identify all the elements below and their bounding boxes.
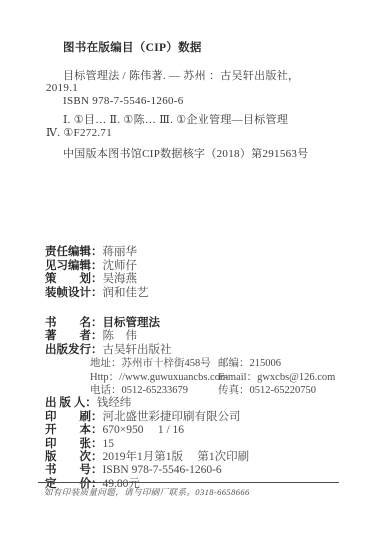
cip-paragraph-description: 目标管理法 / 陈伟著. — 苏州 ：古吴轩出版社， 2019.1 ISBN 9… [0,70,375,108]
pub-label: 著 者： [45,330,103,342]
credit-row-responsible-editor: 责任编辑：蒋丽华 [45,246,149,260]
pub-row-author: 著 者：陈 伟 [45,330,355,343]
pub-row-format: 开 本：670×950 1 / 16 [45,424,355,437]
pub-label: 书 号： [45,464,103,476]
pub-row-book-title: 书 名：目标管理法 [45,317,355,330]
pub-value-sheets: 15 [103,438,115,450]
credit-label: 见习编辑： [45,260,103,272]
credit-row-trainee-editor: 见习编辑：沈师仔 [45,260,149,274]
pub-address: 地址：苏州市十梓街458号 [90,357,218,370]
pub-row-publisher: 出版发行：古吴轩出版社 [45,344,355,357]
credit-value: 蒋丽华 [103,246,138,258]
pub-value-book-title: 目标管理法 [103,317,161,329]
pub-row-edition: 版 次：2019年1月第1版 第1次印刷 [45,451,355,464]
pub-value-format: 670×950 1 / 16 [103,424,185,436]
pub-label: 开 本： [45,424,103,436]
pub-value-publisher: 古吴轩出版社 [103,344,172,356]
cip-title: 图书在版编目（CIP）数据 [63,42,375,55]
pub-row-sheets: 印 张：15 [45,438,355,451]
footer-divider [38,482,339,483]
pub-email: E-mail：gwxcbs@126.com [218,371,335,384]
cip-section: 图书在版编目（CIP）数据 目标管理法 / 陈伟著. — 苏州 ：古吴轩出版社，… [0,42,375,161]
pub-subrow-phone-fax: 电话：0512-65233679传真：0512-65220750 [45,384,355,397]
credit-label: 装帧设计： [45,287,103,299]
cip-paragraph-classification: Ⅰ. ①目… Ⅱ. ①陈… Ⅲ. ①企业管理—目标管理 Ⅳ. ①F272.71 [0,114,375,139]
cip-line: 2019.1 [46,82,375,95]
pub-label: 书 名： [45,317,103,329]
pub-fax: 传真：0512-65220750 [218,384,316,397]
pub-label: 印 张： [45,438,103,450]
cip-line: Ⅳ. ①F272.71 [46,127,375,140]
credit-label: 责任编辑： [45,246,103,258]
cip-line-isbn: ISBN 978-7-5546-1260-6 [63,95,375,108]
pub-row-publisher-person: 出 版 人：钱经纬 [45,397,355,410]
copyright-page: 图书在版编目（CIP）数据 目标管理法 / 陈伟著. — 苏州 ：古吴轩出版社，… [0,0,375,539]
printer-quality-note: 如有印装质量问题，请与印刷厂联系。0318-6658666 [44,486,250,498]
cip-registry-number: 中国版本图书馆CIP数据核字（2018）第291563号 [63,148,375,161]
pub-label: 出 版 人： [45,397,97,409]
pub-label: 出版发行： [45,344,103,356]
credit-value: 吴海燕 [103,273,138,285]
pub-label: 版 次： [45,451,103,463]
pub-postcode: 邮编：215006 [218,357,281,370]
credit-row-planner: 策 划：吴海燕 [45,273,149,287]
pub-value-publisher-person: 钱经纬 [97,397,132,409]
credit-label: 策 划： [45,273,103,285]
pub-row-isbn: 书 号：ISBN 978-7-5546-1260-6 [45,464,355,477]
pub-subrow-website-email: Http：//www.guwuxuancbs.comE-mail：gwxcbs@… [45,371,355,384]
credit-value: 润和佳艺 [103,287,149,299]
pub-row-printer: 印 刷：河北盛世彩捷印刷有限公司 [45,411,355,424]
pub-value-edition: 2019年1月第1版 第1次印刷 [103,451,250,463]
pub-phone: 电话：0512-65233679 [90,384,218,397]
credit-row-cover-design: 装帧设计：润和佳艺 [45,287,149,301]
cip-line: 目标管理法 / 陈伟著. — 苏州 ：古吴轩出版社， [63,70,375,83]
cip-line: Ⅰ. ①目… Ⅱ. ①陈… Ⅲ. ①企业管理—目标管理 [63,114,375,127]
pub-value-isbn: ISBN 978-7-5546-1260-6 [103,464,222,476]
pub-value-printer: 河北盛世彩捷印刷有限公司 [103,411,241,423]
cip-paragraph-registry: 中国版本图书馆CIP数据核字（2018）第291563号 [0,148,375,161]
pub-website: Http：//www.guwuxuancbs.com [90,371,218,384]
credit-value: 沈师仔 [103,260,138,272]
pub-value-author: 陈 伟 [103,330,138,342]
publication-section: 书 名：目标管理法 著 者：陈 伟 出版发行：古吴轩出版社 地址：苏州市十梓街4… [45,317,355,491]
credits-section: 责任编辑：蒋丽华 见习编辑：沈师仔 策 划：吴海燕 装帧设计：润和佳艺 [45,246,149,300]
pub-subrow-address-postcode: 地址：苏州市十梓街458号邮编：215006 [45,357,355,370]
pub-label: 印 刷： [45,411,103,423]
